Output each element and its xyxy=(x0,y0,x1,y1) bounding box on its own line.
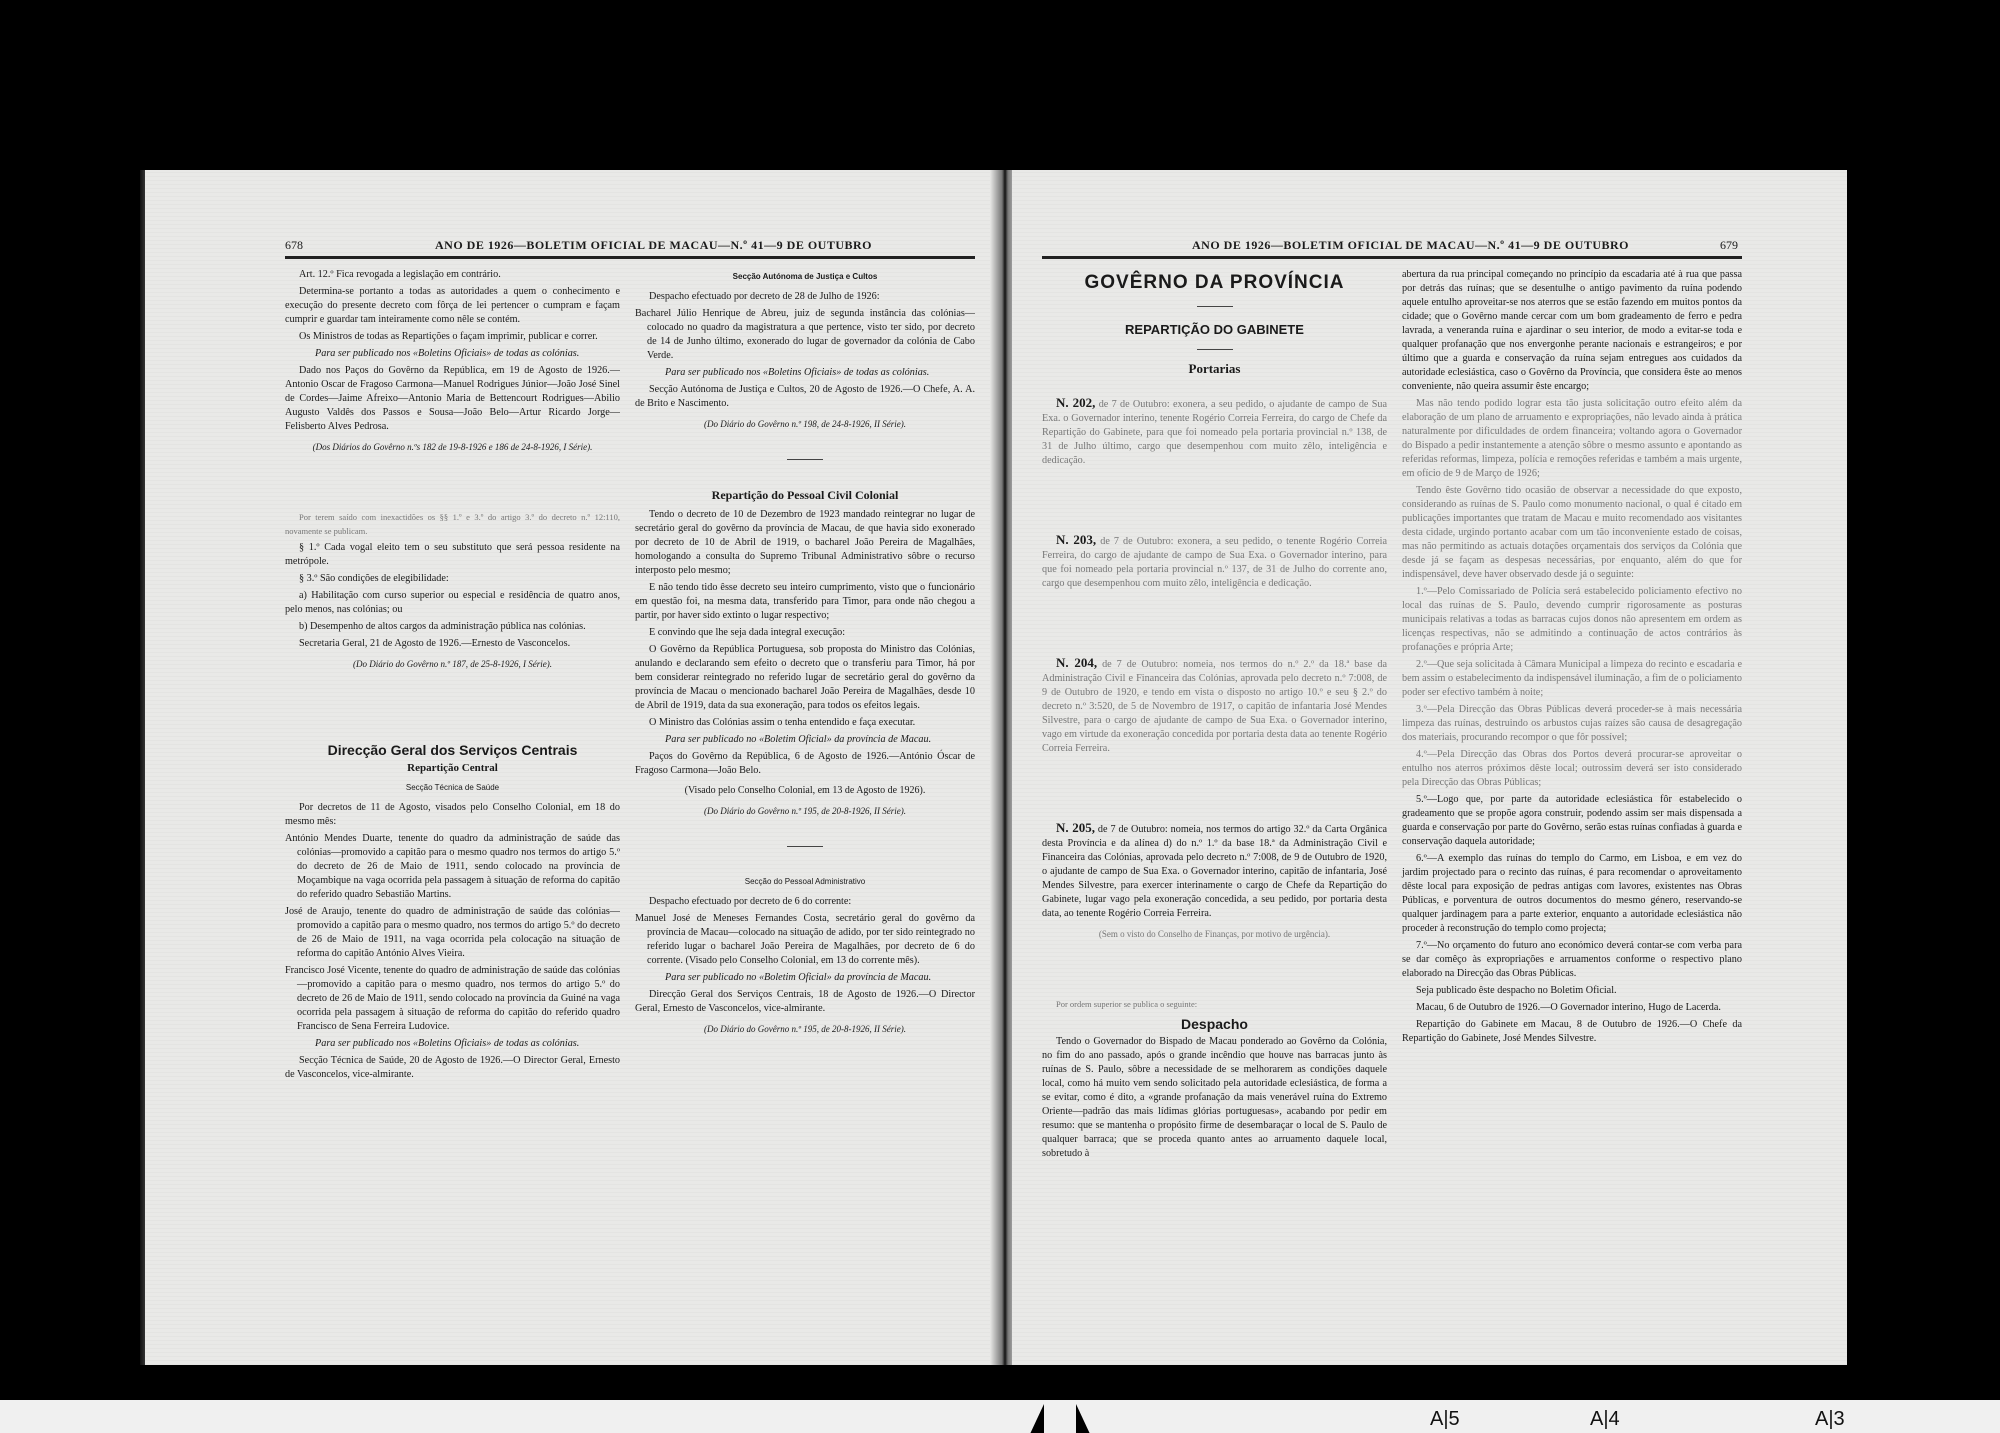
page-number: 679 xyxy=(1720,238,1738,253)
divider xyxy=(1197,349,1233,350)
left-column-1: Art. 12.º Fica revogada a legislação em … xyxy=(285,268,620,1085)
paragraph: Bacharel Júlio Henrique de Abreu, juiz d… xyxy=(635,307,975,363)
paragraph: O Govêrno da República Portuguesa, sob p… xyxy=(635,643,975,713)
list-item: 4.º—Pela Direcção das Obras dos Portos d… xyxy=(1402,748,1742,790)
microfilm-strip xyxy=(0,1400,2000,1433)
section-heading: Secção do Pessoal Administrativo xyxy=(635,875,975,889)
list-item: 1.º—Pelo Comissariado de Polícia será es… xyxy=(1402,585,1742,655)
running-head: ANO DE 1926—BOLETIM OFICIAL DE MACAU—N.º… xyxy=(1192,238,1629,253)
paragraph: § 1.º Cada vogal eleito tem o seu substi… xyxy=(285,541,620,569)
correction-note: Por terem saído com inexactidões os §§ 1… xyxy=(285,510,620,538)
source-citation: (Do Diário do Govêrno n.º 195, de 20-8-1… xyxy=(635,804,975,818)
list-item: 3.º—Pela Direcção das Obras Públicas dev… xyxy=(1402,703,1742,745)
paragraph: Despacho efectuado por decreto de 28 de … xyxy=(635,290,975,304)
paragraph: b) Desempenho de altos cargos da adminis… xyxy=(285,620,620,634)
header-rule xyxy=(1042,256,1742,259)
paragraph: Despacho efectuado por decreto de 6 do c… xyxy=(635,895,975,909)
publication-note: Para ser publicado no «Boletim Oficial» … xyxy=(635,971,975,985)
paragraph: E não tendo tido êsse decreto seu inteir… xyxy=(635,581,975,623)
right-column-1: GOVÊRNO DA PROVÍNCIA REPARTIÇÃO DO GABIN… xyxy=(1042,268,1387,1164)
paragraph: § 3.º São condições de elegibilidade: xyxy=(285,572,620,586)
section-heading: Secção Autónoma de Justiça e Cultos xyxy=(635,270,975,284)
running-head: ANO DE 1926—BOLETIM OFICIAL DE MACAU—N.º… xyxy=(435,238,872,253)
source-citation: (Dos Diários do Govêrno n.ºs 182 de 19-8… xyxy=(285,440,620,454)
right-column-2: abertura da rua principal começando no p… xyxy=(1402,268,1742,1049)
list-item: 6.º—A exemplo das ruínas do templo do Ca… xyxy=(1402,852,1742,936)
frame-marker-left-icon xyxy=(1030,1404,1044,1433)
publication-note: Para ser publicado no «Boletim Oficial» … xyxy=(635,733,975,747)
source-citation: (Do Diário do Govêrno n.º 187, de 25-8-1… xyxy=(285,657,620,671)
paragraph: Francisco José Vicente, tenente do quadr… xyxy=(285,964,620,1034)
department-heading: REPARTIÇÃO DO GABINETE xyxy=(1042,323,1387,337)
publication-note: Para ser publicado nos «Boletins Oficiai… xyxy=(285,347,620,361)
signature-line: Repartição do Gabinete em Macau, 8 de Ou… xyxy=(1402,1018,1742,1046)
source-citation: (Do Diário do Govêrno n.º 195, de 20-8-1… xyxy=(635,1022,975,1036)
page-number: 678 xyxy=(285,238,303,253)
microfilm-mark: A|4 xyxy=(1590,1408,1620,1431)
order-note: Por ordem superior se publica o seguinte… xyxy=(1042,997,1387,1011)
portaria-204: N. 204, de 7 de Outubro: nomeia, nos ter… xyxy=(1042,656,1387,756)
source-citation: (Do Diário do Govêrno n.º 198, de 24-8-1… xyxy=(635,417,975,431)
portaria-203: N. 203, de 7 de Outubro: exonera, a seu … xyxy=(1042,533,1387,591)
paragraph: Tendo êste Govêrno tido ocasião de obser… xyxy=(1402,484,1742,582)
sub-subsection-heading: Secção Técnica de Saúde xyxy=(285,781,620,795)
paragraph: Dado nos Paços do Govêrno da República, … xyxy=(285,364,620,434)
list-item: 2.º—Que seja solicitada à Câmara Municip… xyxy=(1402,658,1742,700)
frame-marker-right-icon xyxy=(1076,1404,1090,1433)
section-heading: Repartição do Pessoal Civil Colonial xyxy=(635,488,975,502)
paragraph: E convindo que lhe seja dada integral ex… xyxy=(635,626,975,640)
paragraph: Secção Técnica de Saúde, 20 de Agosto de… xyxy=(285,1054,620,1082)
paragraph: Os Ministros de todas as Repartições o f… xyxy=(285,330,620,344)
paragraph: António Mendes Duarte, tenente do quadro… xyxy=(285,832,620,902)
paragraph: Paços do Govêrno da República, 6 de Agos… xyxy=(635,750,975,778)
paragraph: a) Habilitação com curso superior ou esp… xyxy=(285,589,620,617)
header-rule xyxy=(285,256,975,259)
list-item: 7.º—No orçamento do futuro ano económico… xyxy=(1402,939,1742,981)
publication-note: Para ser publicado nos «Boletins Oficiai… xyxy=(285,1037,620,1051)
paragraph: Tendo o Governador do Bispado de Macau p… xyxy=(1042,1035,1387,1161)
section-heading: Despacho xyxy=(1042,1017,1387,1031)
portaria-205: N. 205, de 7 de Outubro: nomeia, nos ter… xyxy=(1042,821,1387,921)
divider xyxy=(1197,306,1233,307)
paragraph: O Ministro das Colónias assim o tenha en… xyxy=(635,716,975,730)
right-page: ANO DE 1926—BOLETIM OFICIAL DE MACAU—N.º… xyxy=(1012,170,1847,1365)
signature-line: Macau, 6 de Outubro de 1926.—O Governado… xyxy=(1402,1001,1742,1015)
divider xyxy=(787,459,823,460)
list-item: 5.º—Logo que, por parte da autoridade ec… xyxy=(1402,793,1742,849)
paragraph: Seja publicado êste despacho no Boletim … xyxy=(1402,984,1742,998)
paragraph: Tendo o decreto de 10 de Dezembro de 192… xyxy=(635,508,975,578)
section-heading: Direcção Geral dos Serviços Centrais xyxy=(285,743,620,757)
paragraph: Mas não tendo podido lograr esta tão jus… xyxy=(1402,397,1742,481)
paragraph: abertura da rua principal começando no p… xyxy=(1402,268,1742,394)
paragraph: José de Araujo, tenente do quadro de adm… xyxy=(285,905,620,961)
paragraph: Secção Autónoma de Justiça e Cultos, 20 … xyxy=(635,383,975,411)
portaria-202: N. 202, de 7 de Outubro: exonera, a seu … xyxy=(1042,396,1387,468)
left-column-2: Secção Autónoma de Justiça e Cultos Desp… xyxy=(635,268,975,1042)
page-title: GOVÊRNO DA PROVÍNCIA xyxy=(1042,276,1387,290)
publication-note: Para ser publicado nos «Boletins Oficiai… xyxy=(635,366,975,380)
left-page: 678 ANO DE 1926—BOLETIM OFICIAL DE MACAU… xyxy=(145,170,1000,1365)
paragraph: Secretaria Geral, 21 de Agosto de 1926.—… xyxy=(285,637,620,651)
section-heading: Portarias xyxy=(1042,362,1387,376)
microfilm-mark: A|5 xyxy=(1430,1408,1460,1431)
paragraph: Determina-se portanto a todas as autorid… xyxy=(285,285,620,327)
paragraph: Manuel José de Meneses Fernandes Costa, … xyxy=(635,912,975,968)
microfilm-mark: A|3 xyxy=(1815,1408,1845,1431)
subsection-heading: Repartição Central xyxy=(285,761,620,775)
visa-note: (Visado pelo Conselho Colonial, em 13 de… xyxy=(635,784,975,798)
paragraph: Art. 12.º Fica revogada a legislação em … xyxy=(285,268,620,282)
visa-note: (Sem o visto do Conselho de Finanças, po… xyxy=(1042,927,1387,941)
divider xyxy=(787,846,823,847)
paragraph: Por decretos de 11 de Agosto, visados pe… xyxy=(285,801,620,829)
paragraph: Direcção Geral dos Serviços Centrais, 18… xyxy=(635,988,975,1016)
